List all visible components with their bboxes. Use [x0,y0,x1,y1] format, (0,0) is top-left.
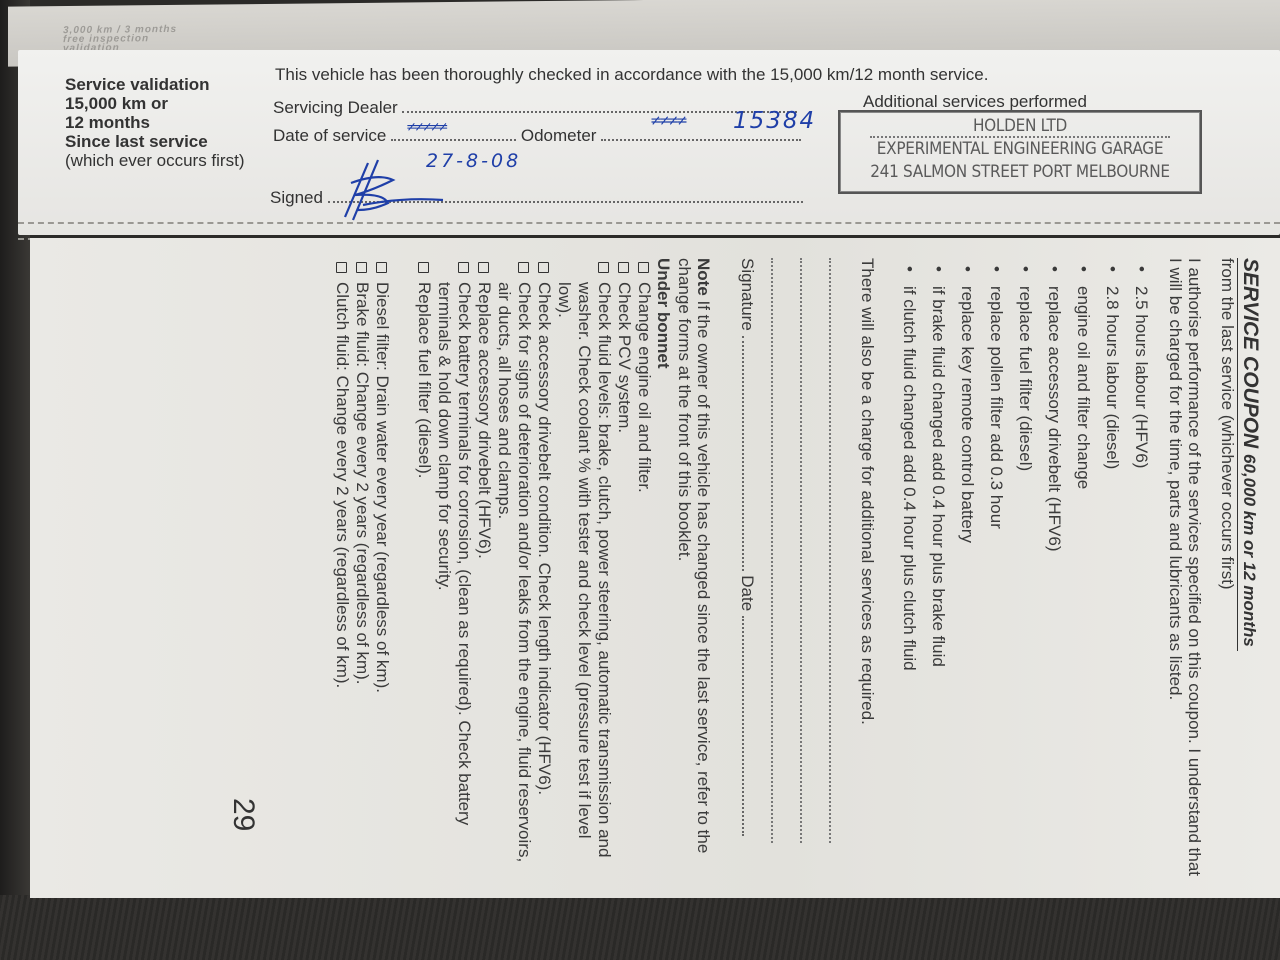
checklist-text: Change engine oil and filter. [635,282,654,493]
checklist-item[interactable]: Check PCV system. [614,258,634,878]
odometer-label: Odometer [521,126,597,145]
servicing-dealer-field[interactable]: Servicing Dealer [273,98,797,118]
checklist-item[interactable]: Change engine oil and filter. [634,258,654,878]
date-line [742,616,754,836]
validation-title-line: Service validation [65,75,244,94]
additional-services-label: Additional services performed [863,92,1087,112]
checklist-text: Replace accessory drivebelt (HFV6). [475,282,494,559]
validation-title: Service validation 15,000 km or 12 month… [65,75,244,170]
signed-label: Signed [270,188,323,207]
checklist-text: Replace fuel filter (diesel). [415,282,434,479]
checklist-item[interactable]: Replace accessory drivebelt (HFV6). [474,258,494,878]
checkbox-icon[interactable] [376,262,387,273]
checkbox-icon[interactable] [458,262,469,273]
checkbox-icon[interactable] [598,262,609,273]
date-of-service-field[interactable]: Date of service Odometer [273,126,801,146]
checkbox-icon[interactable] [336,262,347,273]
background-table-surface [0,895,1280,960]
checklist-text: Diesel filter: Drain water every year (r… [373,282,392,693]
date-label: Date [738,575,757,611]
additional-line[interactable] [829,258,858,843]
checklist-item[interactable]: Clutch fluid: Change every 2 years (rega… [332,258,352,878]
checklist-text: Check PCV system. [615,282,634,433]
checklist-text: Check for signs of deterioration and/or … [495,282,534,862]
additional-line[interactable] [800,258,829,843]
signature-icon [333,155,453,225]
labour-item: replace accessory drivebelt (HFV6) [1040,258,1069,878]
servicing-dealer-label: Servicing Dealer [273,98,398,117]
checklist-item[interactable]: Check fluid levels: brake, clutch, power… [554,258,614,878]
note-label: Note [694,258,713,296]
page-number: 29 [226,798,260,831]
service-validation-section: Service validation 15,000 km or 12 month… [18,50,1280,235]
dealer-stamp: HOLDEN LTD EXPERIMENTAL ENGINEERING GARA… [838,110,1202,194]
checkbox-icon[interactable] [518,262,529,273]
service-coupon-page: SERVICE COUPON 60,000 km or 12 months fr… [30,238,1280,898]
rotated-coupon-content: SERVICE COUPON 60,000 km or 12 months fr… [30,238,1280,898]
stamp-line: HOLDEN LTD [870,116,1170,138]
additional-charge-text: There will also be a charge for addition… [858,258,877,878]
checklist-text: Check fluid levels: brake, clutch, power… [555,282,614,857]
coupon-title-text: SERVICE COUPON [1239,258,1262,448]
scribbled-out-odometer: ≠≠≠≠ [650,113,685,129]
checklist-item[interactable]: Brake fluid: Change every 2 years (regar… [352,258,372,878]
labour-item: 2.5 hours labour (HFV6) [1127,258,1156,878]
checklist-text: Clutch fluid: Change every 2 years (rega… [333,282,352,688]
checkbox-icon[interactable] [418,262,429,273]
checklist-item[interactable]: Diesel filter: Drain water every year (r… [372,258,392,878]
labour-item: 2.8 hours labour (diesel) [1098,258,1127,878]
flap-title: 3,000 km / 3 months free inspection vali… [63,25,177,53]
checklist-item[interactable]: Replace fuel filter (diesel). [414,258,434,878]
checklist-text: Check accessory drivebelt condition. Che… [535,282,554,795]
labour-item: replace key remote control battery [953,258,982,878]
labour-item: if brake fluid changed add 0.4 hour plus… [924,258,953,878]
labour-item: replace fuel filter (diesel) [1011,258,1040,878]
labour-list: 2.5 hours labour (HFV6) 2.8 hours labour… [895,258,1156,878]
date-of-service-label: Date of service [273,126,386,145]
signature-label: Signature [738,258,757,331]
perforation-line [18,222,1280,224]
under-bonnet-checklist: Change engine oil and filter. Check PCV … [414,258,654,878]
validation-title-line: 15,000 km or [65,94,244,113]
stamp-line: EXPERIMENTAL ENGINEERING GARAGE [840,138,1200,161]
coupon-title: SERVICE COUPON 60,000 km or 12 months [1237,258,1262,651]
signature-date-field[interactable]: Signature Date [737,258,757,878]
stamp-line: 241 SALMON STREET PORT MELBOURNE [840,161,1200,184]
fluid-checklist: Diesel filter: Drain water every year (r… [332,258,392,878]
checkbox-icon[interactable] [356,262,367,273]
additional-line[interactable] [771,258,800,843]
labour-item: replace pollen filter add 0.3 hour [982,258,1011,878]
checklist-text: Brake fluid: Change every 2 years (regar… [353,282,372,685]
labour-item: engine oil and filter change [1069,258,1098,878]
validation-statement: This vehicle has been thoroughly checked… [275,65,988,85]
checkbox-icon[interactable] [638,262,649,273]
labour-item: if clutch fluid changed add 0.4 hour plu… [895,258,924,878]
checklist-text: Check battery terminals for corrosion, (… [435,282,474,825]
coupon-from-text: from the last service (whichever occurs … [1218,258,1237,878]
checkbox-icon[interactable] [478,262,489,273]
validation-title-line: Since last service [65,132,244,151]
checklist-item[interactable]: Check battery terminals for corrosion, (… [434,258,474,878]
under-bonnet-heading: Under bonnet [654,258,673,878]
signature-line [742,336,754,571]
checklist-item[interactable]: Check accessory drivebelt condition. Che… [534,258,554,878]
coupon-interval: 60,000 km or 12 months [1240,454,1259,647]
scribbled-out-date: ≠≠≠≠≠ [406,120,496,138]
checkbox-icon[interactable] [538,262,549,273]
validation-title-line: 12 months [65,113,244,132]
owner-change-note: Note If the owner of this vehicle has ch… [675,258,713,878]
checklist-item[interactable]: Check for signs of deterioration and/or … [494,258,534,878]
authorise-text: I authorise performance of the services … [1166,258,1204,878]
note-text: If the owner of this vehicle has changed… [675,258,713,853]
validation-subtitle: (which ever occurs first) [65,151,244,170]
checkbox-icon[interactable] [618,262,629,273]
handwritten-odometer: 15384 [733,108,816,134]
